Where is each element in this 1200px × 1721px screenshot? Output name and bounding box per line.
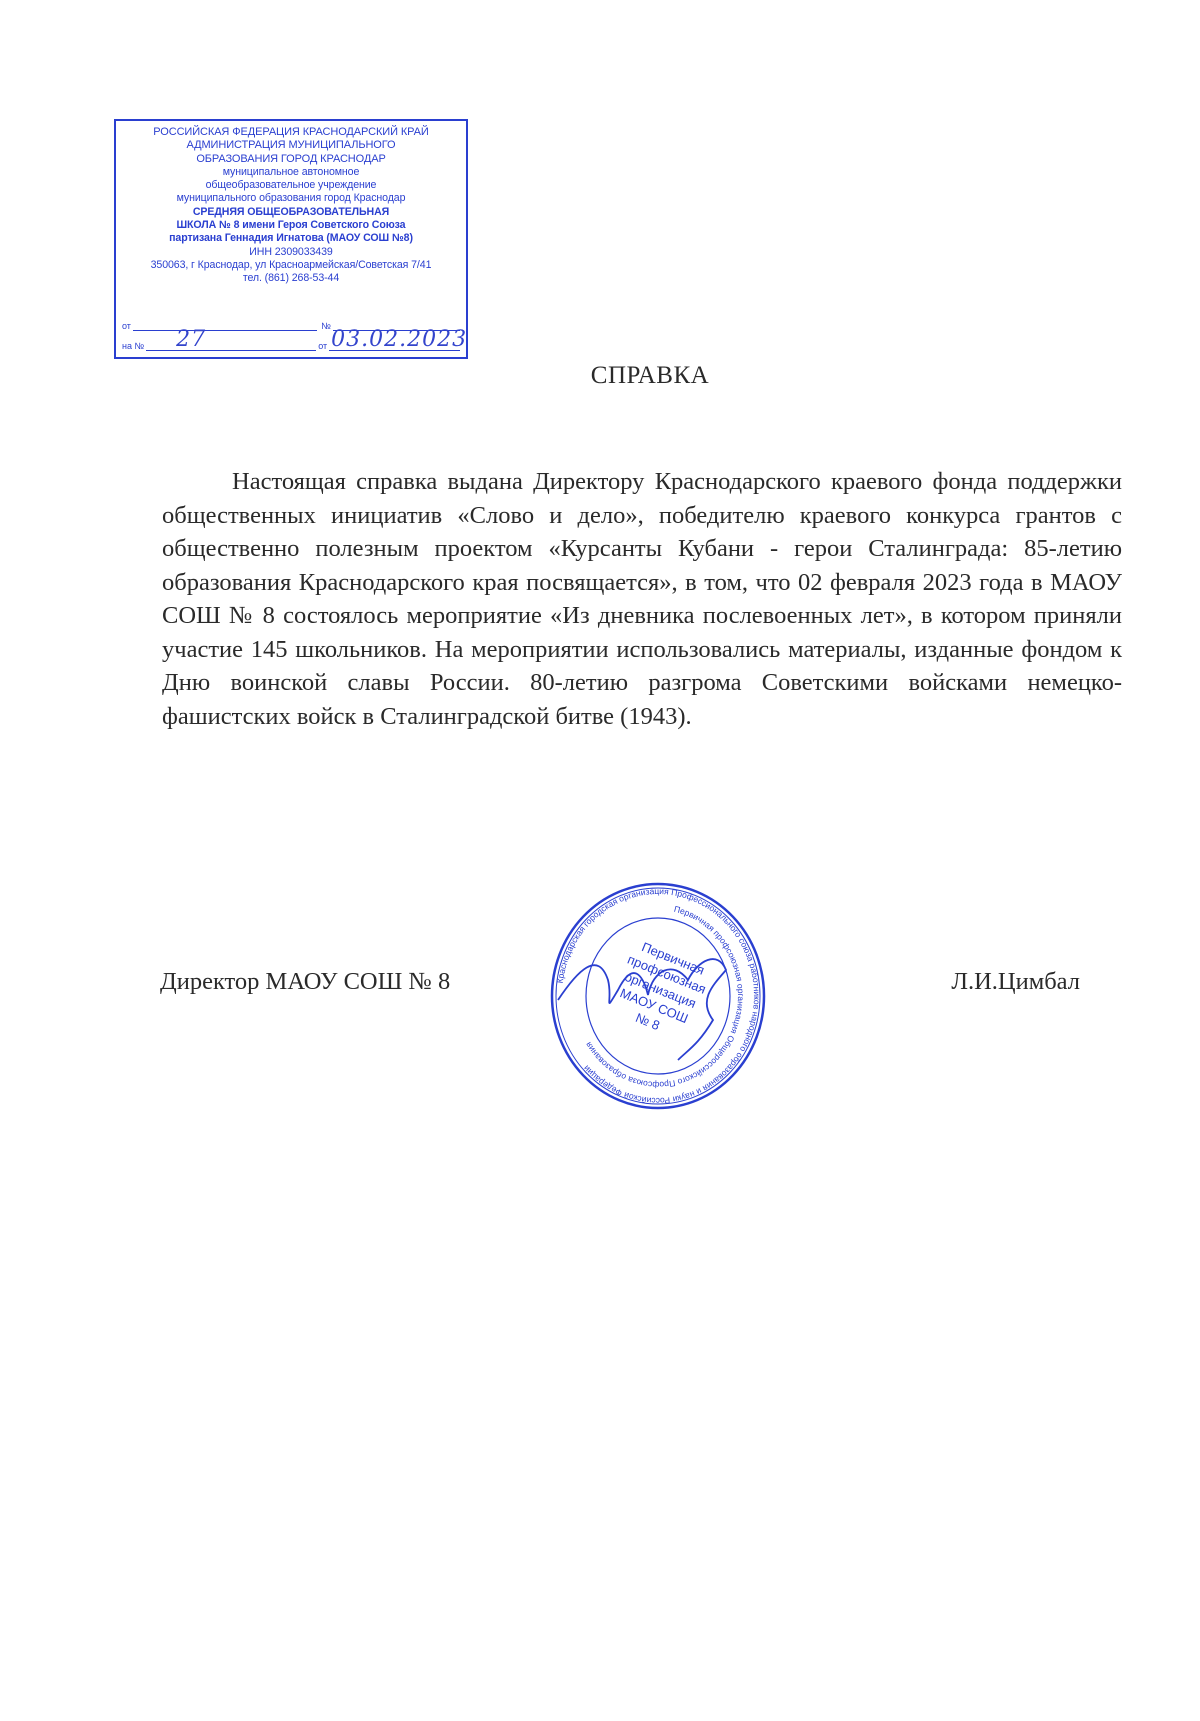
round-seal: Краснодарская городская организация Проф… (548, 880, 768, 1112)
stamp-line: РОССИЙСКАЯ ФЕДЕРАЦИЯ КРАСНОДАРСКИЙ КРАЙ (116, 126, 466, 139)
ref-number-field: 27 (146, 336, 316, 351)
corner-stamp: РОССИЙСКАЯ ФЕДЕРАЦИЯ КРАСНОДАРСКИЙ КРАЙ … (114, 119, 468, 359)
number-label: № (321, 321, 331, 331)
stamp-line: муниципальное автономное (116, 166, 466, 179)
signatory-name: Л.И.Цимбал (951, 968, 1080, 996)
stamp-line: тел. (861) 268-53-44 (116, 272, 466, 285)
ref-date-value: 03.02.2023 (331, 327, 467, 352)
seal-icon: Краснодарская городская организация Проф… (548, 880, 768, 1112)
stamp-line: СРЕДНЯЯ ОБЩЕОБРАЗОВАТЕЛЬНАЯ (116, 206, 466, 219)
document-title: СПРАВКА (0, 362, 1200, 390)
stamp-fields: от № на № 27 от 03.02.2023 (122, 311, 460, 351)
stamp-line: ШКОЛА № 8 имени Героя Советского Союза (116, 219, 466, 232)
from-field (133, 316, 317, 331)
ref-from-label: от (318, 341, 327, 351)
ref-date-field: 03.02.2023 (329, 336, 460, 351)
stamp-line: АДМИНИСТРАЦИЯ МУНИЦИПАЛЬНОГО (116, 139, 466, 152)
stamp-header: РОССИЙСКАЯ ФЕДЕРАЦИЯ КРАСНОДАРСКИЙ КРАЙ … (116, 121, 466, 286)
stamp-line: партизана Геннадия Игнатова (МАОУ СОШ №8… (116, 232, 466, 245)
stamp-line: ИНН 2309033439 (116, 246, 466, 259)
from-label: от (122, 321, 131, 331)
stamp-row-ref: на № 27 от 03.02.2023 (122, 331, 460, 351)
document-body: Настоящая справка выдана Директору Красн… (162, 465, 1122, 733)
stamp-line: ОБРАЗОВАНИЯ ГОРОД КРАСНОДАР (116, 153, 466, 166)
stamp-line: общеобразовательное учреждение (116, 179, 466, 192)
ref-number-value: 27 (176, 327, 206, 352)
signatory-position: Директор МАОУ СОШ № 8 (160, 968, 450, 996)
ref-number-label: на № (122, 341, 144, 351)
stamp-line: муниципального образования город Краснод… (116, 192, 466, 205)
stamp-line: 350063, г Краснодар, ул Красноармейская/… (116, 259, 466, 272)
